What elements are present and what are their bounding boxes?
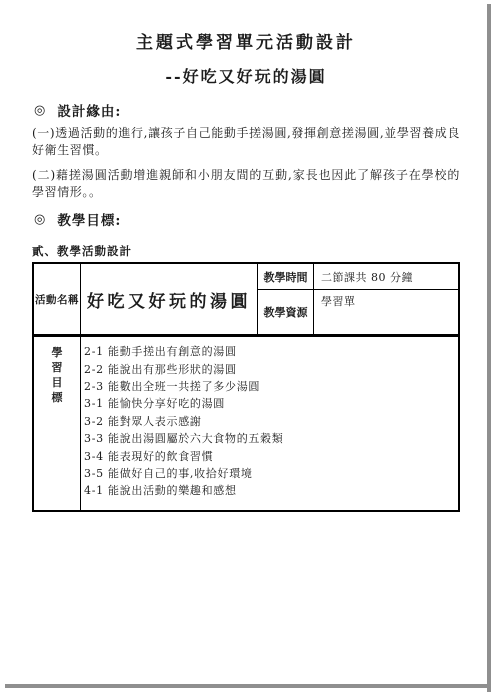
learning-goal-item: 4-1 能說出活動的樂趣和感想: [84, 482, 454, 499]
teaching-goals-heading: ◎ 教學目標:: [34, 209, 460, 229]
document-title: 主題式學習單元活動設計: [32, 28, 460, 53]
lesson-plan-table: 活動名稱 好吃又好玩的湯圓 教學時間 二節課共 80 分鐘 教學資源 學習單 學…: [32, 262, 460, 512]
activity-name-label: 活動名稱: [34, 264, 81, 334]
page-shadow-right: [487, 4, 491, 692]
activity-design-heading: 貳、教學活動設計: [32, 243, 460, 259]
learning-goal-item: 3-4 能表現好的飲食習慣: [84, 448, 454, 465]
document-page: 主題式學習單元活動設計 --好吃又好玩的湯圓 ◎ 設計緣由: (一)透過活動的進…: [0, 0, 491, 692]
learning-goals-label: 學習目標: [34, 334, 81, 510]
page-shadow-bottom: [5, 684, 487, 688]
learning-goal-item: 3-1 能愉快分享好吃的湯圓: [84, 395, 454, 412]
learning-goal-item: 2-2 能說出有那些形狀的湯圓: [84, 361, 454, 378]
learning-goal-item: 2-3 能數出全班一共搓了多少湯圓: [84, 378, 454, 395]
design-reason-paragraph-1: (一)透過活動的進行,讓孩子自己能動手搓湯圓,發揮創意搓湯圓,並學習養成良好衛生…: [32, 125, 460, 158]
learning-goal-item: 3-2 能對眾人表示感謝: [84, 413, 454, 430]
teaching-time-value: 二節課共 80 分鐘: [313, 264, 458, 290]
design-reason-heading: ◎ 設計緣由:: [34, 100, 460, 120]
teaching-resource-label: 教學資源: [257, 290, 313, 334]
teaching-resource-value: 學習單: [313, 290, 458, 334]
activity-name-value: 好吃又好玩的湯圓: [81, 264, 257, 334]
design-reason-paragraph-2: (二)藉搓湯圓活動增進親師和小朋友間的互動,家長也因此了解孩子在學校的學習情形。…: [32, 167, 460, 200]
design-reason-heading-label: 設計緣由:: [57, 100, 121, 120]
document-subtitle: --好吃又好玩的湯圓: [32, 64, 460, 87]
bullseye-bullet-icon: ◎: [34, 212, 46, 227]
learning-goal-item: 3-3 能說出湯圓屬於六大食物的五穀類: [84, 430, 454, 447]
page-content: 主題式學習單元活動設計 --好吃又好玩的湯圓 ◎ 設計緣由: (一)透過活動的進…: [32, 28, 460, 512]
teaching-time-label: 教學時間: [257, 264, 313, 290]
teaching-goals-heading-label: 教學目標:: [57, 209, 121, 229]
learning-goal-item: 3-5 能做好自己的事,收拾好環境: [84, 465, 454, 482]
learning-goals-list: 2-1 能動手搓出有創意的湯圓2-2 能說出有那些形狀的湯圓2-3 能數出全班一…: [81, 334, 458, 510]
bullseye-bullet-icon: ◎: [34, 103, 46, 118]
learning-goal-item: 2-1 能動手搓出有創意的湯圓: [84, 343, 454, 360]
learning-goals-label-text: 學習目標: [52, 346, 63, 405]
